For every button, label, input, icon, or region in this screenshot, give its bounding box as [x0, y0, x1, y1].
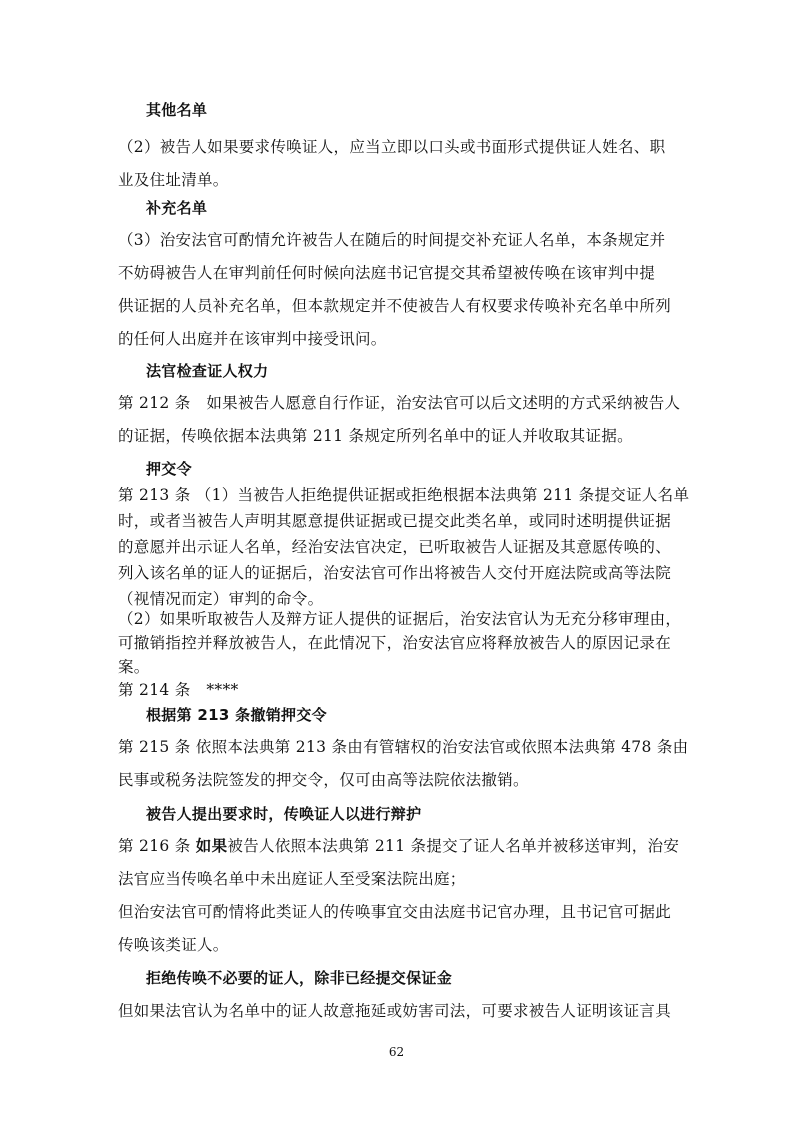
- paragraph-line: 可撤销指控并释放被告人，在此情况下，治安法官应将释放被告人的原因记录在: [118, 633, 678, 653]
- paragraph-line: 民事或税务法院签发的押交令，仅可由高等法院依法撤销。: [118, 770, 678, 790]
- paragraph-line: （2）如果听取被告人及辩方证人提供的证据后，治安法官认为无充分移审理由，: [118, 609, 678, 629]
- section-heading: 根据第 213 条撤销押交令: [146, 705, 706, 725]
- article-number: 第 216 条: [118, 837, 196, 855]
- paragraph-line: 第 214 条 ****: [118, 680, 678, 700]
- page-number: 62: [0, 1045, 793, 1059]
- paragraph-line: 第 216 条 如果被告人依照本法典第 211 条提交了证人名单并被移送审判，治…: [118, 836, 678, 856]
- paragraph-line: 法官应当传唤名单中未出庭证人至受案法院出庭；: [118, 869, 678, 889]
- paragraph-line: 供证据的人员补充名单，但本款规定并不使被告人有权要求传唤补充名单中所列: [118, 296, 678, 316]
- paragraph-line: 第 215 条 依照本法典第 213 条由有管辖权的治安法官或依照本法典第 47…: [118, 737, 678, 757]
- paragraph-line: 业及住址清单。: [118, 170, 678, 190]
- paragraph-line: 但治安法官可酌情将此类证人的传唤事宜交由法庭书记官办理，且书记官可据此: [118, 902, 678, 922]
- paragraph-line: 第 212 条 如果被告人愿意自行作证，治安法官可以后文述明的方式采纳被告人: [118, 393, 678, 413]
- paragraph-line: 列入该名单的证人的证据后，治安法官可作出将被告人交付开庭法院或高等法院: [118, 563, 678, 583]
- document-page: 其他名单 （2）被告人如果要求传唤证人，应当立即以口头或书面形式提供证人姓名、职…: [0, 0, 793, 1122]
- paragraph-line: 的证据，传唤依据本法典第 211 条规定所列名单中的证人并收取其证据。: [118, 426, 678, 446]
- section-heading: 拒绝传唤不必要的证人，除非已经提交保证金: [146, 968, 706, 988]
- paragraph-line: 但如果法官认为名单中的证人故意拖延或妨害司法，可要求被告人证明该证言具: [118, 1001, 678, 1021]
- section-heading: 补充名单: [146, 198, 706, 218]
- paragraph-line: 不妨碍被告人在审判前任何时候向法庭书记官提交其希望被传唤在该审判中提: [118, 263, 678, 283]
- paragraph-line: 的意愿并出示证人名单，经治安法官决定，已听取被告人证据及其意愿传唤的、: [118, 537, 678, 557]
- bold-term: 如果: [196, 836, 228, 855]
- section-heading: 其他名单: [146, 100, 706, 120]
- paragraph-line: 的任何人出庭并在该审判中接受讯问。: [118, 329, 678, 349]
- paragraph-line: （2）被告人如果要求传唤证人，应当立即以口头或书面形式提供证人姓名、职: [118, 137, 678, 157]
- paragraph-line: （3）治安法官可酌情允许被告人在随后的时间提交补充证人名单，本条规定并: [118, 230, 678, 250]
- paragraph-line: 传唤该类证人。: [118, 935, 678, 955]
- section-heading: 押交令: [146, 459, 706, 479]
- article-text: 被告人依照本法典第 211 条提交了证人名单并被移送审判，治安: [227, 837, 679, 855]
- paragraph-line: 案。: [118, 657, 678, 677]
- section-heading: 被告人提出要求时，传唤证人以进行辩护: [146, 804, 706, 824]
- section-heading: 法官检查证人权力: [146, 361, 706, 381]
- paragraph-line: 时，或者当被告人声明其愿意提供证据或已提交此类名单，或同时述明提供证据: [118, 511, 678, 531]
- paragraph-line: （视情况而定）审判的命令。: [118, 589, 678, 609]
- paragraph-line: 第 213 条 （1）当被告人拒绝提供证据或拒绝根据本法典第 211 条提交证人…: [118, 485, 678, 505]
